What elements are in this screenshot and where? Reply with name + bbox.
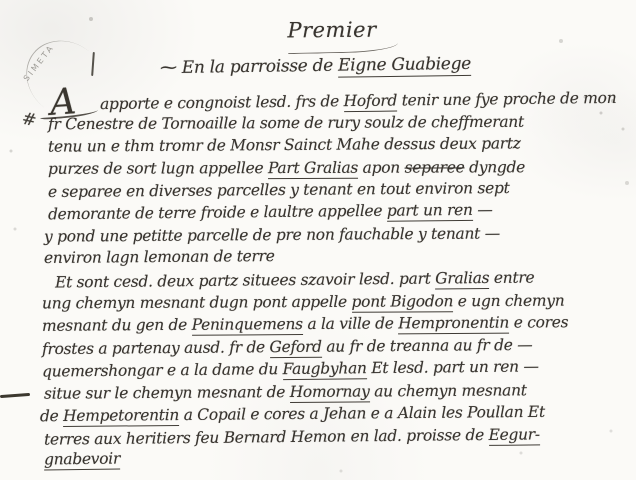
text-run: tenir une fye proche de mon (397, 89, 617, 110)
manuscript-scan-page: SIMETA Premier ⁓ En la parroisse de Eign… (0, 0, 636, 480)
manuscript-line: gnabevoir (44, 449, 120, 468)
margin-dash-mark (0, 393, 30, 398)
text-run: y pond une petitte parcelle de pre non f… (44, 224, 500, 245)
struck-text: separee (405, 158, 465, 176)
underlined-text: Eegur- (488, 425, 539, 446)
underlined-text: Gralias (435, 269, 489, 290)
underlined-text: Hempetorentin (63, 406, 179, 427)
text-run: fr Cenestre de Tornoaille la some de rur… (48, 113, 524, 133)
underlined-text: pont Bigodon (351, 292, 453, 313)
manuscript-line: fr Cenestre de Tornoaille la some de rur… (48, 113, 524, 133)
manuscript-line: Et sont cesd. deux partz situees szavoir… (55, 268, 535, 291)
manuscript-line: environ lagn lemonan de terre (44, 247, 275, 267)
stamp-text: SIMETA (22, 43, 56, 83)
text-run: a la ville de (303, 314, 399, 333)
text-run: entre (489, 268, 534, 286)
text-run: e ugn chemyn (453, 292, 564, 311)
manuscript-line: terres aux heritiers feu Bernard Hemon e… (44, 425, 540, 448)
manuscript-line: apporte e congnoist lesd. frs de Hoford … (100, 89, 617, 113)
text-run: au fr de treanna au fr de — (322, 336, 533, 356)
underlined-text: Faugbyhan (283, 359, 367, 380)
underlined-text: Peninquemens (192, 315, 303, 336)
manuscript-line: purzes de sort lugn appellee Part Gralia… (48, 158, 525, 178)
underlined-text: Eigne Guabiege (338, 54, 471, 78)
underlined-text: gnabevoir (44, 449, 120, 470)
manuscript-line: frostes a partenay ausd. fr de Geford au… (42, 336, 533, 358)
underlined-text: Hempronentin (398, 314, 509, 335)
underlined-text: Part Gralias (268, 159, 358, 179)
page-title: Premier (14, 15, 636, 45)
manuscript-line: mesnant du gen de Peninquemens a la vill… (42, 313, 568, 335)
manuscript-line: ung chemyn mesnant dugn pont appelle pon… (42, 292, 564, 313)
text-run: apon (358, 159, 405, 177)
text-run: e separee en diverses parcelles y tenant… (48, 179, 510, 201)
underlined-text: Hoford (343, 92, 397, 113)
text-run: frostes a partenay ausd. fr de (42, 338, 270, 358)
manuscript-line: e separee en diverses parcelles y tenant… (48, 179, 510, 201)
underlined-text: Geford (269, 338, 321, 358)
text-run: a Copail e cores a Jehan e a Alain les P… (179, 403, 545, 424)
text-run: apporte e congnoist lesd. frs de (100, 92, 344, 113)
text-run: situe sur le chemyn mesnant de (44, 383, 290, 403)
text-run: demorante de terre froide e laultre appe… (48, 202, 387, 224)
text-run: au chemyn mesnant (369, 381, 526, 400)
text-run: tenu un e thm tromr de Monsr Sainct Mahe… (48, 134, 521, 155)
text-run: ⁓ En la parroisse de (160, 56, 338, 78)
pen-stroke-mark (91, 52, 95, 76)
text-run: Et lesd. part un ren — (367, 357, 539, 377)
manuscript-line: quemershongar e a la dame du Faugbyhan E… (42, 357, 539, 380)
underlined-text: Homornay (290, 382, 370, 403)
parish-heading: ⁓ En la parroisse de Eigne Guabiege (160, 54, 471, 78)
manuscript-line: demorante de terre froide e laultre appe… (48, 201, 493, 224)
title-flourish (288, 43, 398, 54)
text-run: e cores (509, 313, 568, 331)
text-run: ung chemyn mesnant dugn pont appelle (42, 293, 352, 313)
text-run: quemershongar e a la dame du (42, 360, 283, 381)
text-run: dyngde (464, 158, 525, 176)
manuscript-line: de Hempetorentin a Copail e cores a Jeha… (40, 403, 545, 425)
text-run: terres aux heritiers feu Bernard Hemon e… (44, 426, 489, 449)
text-run: de (40, 407, 63, 425)
manuscript-line: situe sur le chemyn mesnant de Homornay … (44, 381, 527, 402)
paper-speckles (0, 0, 2, 2)
text-run: environ lagn lemonan de terre (44, 247, 275, 267)
text-run: purzes de sort lugn appellee (48, 159, 268, 178)
manuscript-line: y pond une petitte parcelle de pre non f… (44, 224, 500, 245)
text-run: — (473, 201, 493, 219)
text-run: mesnant du gen de (42, 316, 192, 335)
manuscript-line: tenu un e thm tromr de Monsr Sainct Mahe… (48, 134, 521, 155)
text-run: Et sont cesd. deux partz situees szavoir… (55, 270, 435, 292)
underlined-text: part un ren (387, 201, 473, 222)
margin-hash-mark: # (20, 109, 38, 132)
